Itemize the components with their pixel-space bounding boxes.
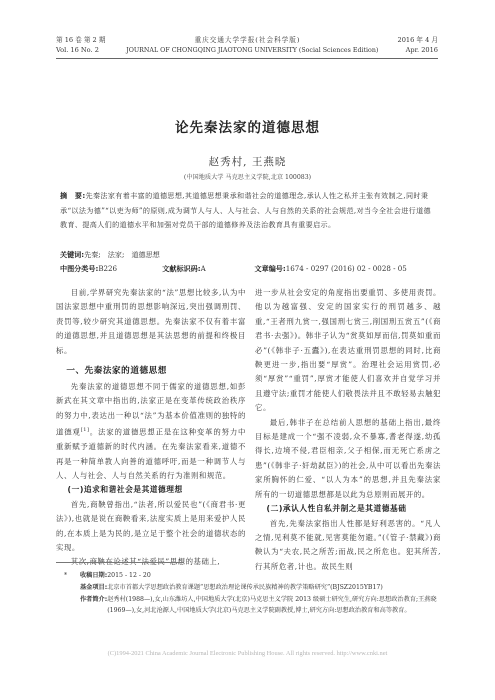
header-date-cn: 2016 年 4 月 — [398, 36, 438, 45]
footnotes: * 收稿日期:2015 - 12 - 20 基金项目:北京市首都大学思想政治教育… — [56, 570, 446, 617]
footnote-bio: 作者简介:赵秀村(1988—),女,山东潍坊人,中国地质大学(北京)马克思主义学… — [56, 594, 446, 618]
section-heading-1: 一、先秦法家的道德思想 — [56, 362, 246, 380]
intro-paragraph: 目前,学界研究先秦法家的“法”思想比较多,认为中国法家思想中重刑罚的思想影响深远… — [56, 286, 246, 358]
footnote-marker: * — [56, 570, 80, 582]
right-column: 进一步从社会安定的角度指出要重罚、多使用责罚。他以为越富强、安定的国家实行的刑罚… — [255, 286, 441, 574]
copyright-notice: (C)1994-2021 China Academic Journal Elec… — [0, 650, 495, 657]
header-date-en: Apr. 2016 — [406, 46, 438, 55]
article-no-label: 文章编号: — [255, 264, 286, 273]
received-value: 2015 - 12 - 20 — [107, 570, 151, 582]
abstract: 摘 要:先秦法家有着丰富的道德思想,其道德思想秉承和谐社会的道德理念,承认人性之… — [60, 189, 436, 233]
subsection2-paragraph: 首先,先秦法家指出人性都是好利恶害的。“凡人之情,见利莫不能就,见害莫能勿避。”… — [255, 517, 441, 575]
fund-label: 基金项目: — [80, 582, 107, 594]
abstract-label: 摘 要: — [60, 191, 86, 200]
clc-label: 中图分类号: — [60, 264, 98, 273]
keywords-text: 先秦; 法家; 道德思想 — [84, 250, 160, 259]
subsection1-paragraph-1: 首先,商鞅曾指出,“法者,所以爱民也”(《商君书·更法》),也就是说在商鞅看来,… — [56, 498, 246, 556]
continued-paragraph: 进一步从社会安定的角度指出要重罚、多使用责罚。他以为越富强、安定的国家实行的刑罚… — [255, 286, 441, 416]
section1-text-b: 。法家的道德思想正是在这种变革的努力中重新赋予道德新的时代内涵。在先秦法家看来,… — [56, 428, 246, 480]
keywords-label: 关键词: — [60, 250, 84, 259]
left-column: 目前,学界研究先秦法家的“法”思想比较多,认为中国法家思想中重刑罚的思想影响深远… — [56, 286, 246, 570]
section1-paragraph: 先秦法家的道德思想不同于儒家的道德思想,如彭新武在其文章中指出的,法家正是在变革… — [56, 380, 246, 483]
footnote-fund: 基金项目:北京市首都大学思想政治教育课题“思想政治理论课传承民族精神的教学策略研… — [56, 582, 446, 594]
article-no-value: 1674 - 0297 (2016) 02 - 0028 - 05 — [286, 264, 407, 273]
bio-value: 赵秀村(1988—),女,山东潍坊人,中国地质大学(北京)马克思主义学院 201… — [107, 594, 446, 618]
header-volume-en: Vol. 16 No. 2 — [56, 46, 99, 55]
doc-code-value: A — [201, 264, 206, 273]
subsection-heading-2: (二)承认人性自私并制之是其道德基础 — [255, 502, 441, 516]
keywords-line: 关键词:先秦; 法家; 道德思想 — [60, 250, 440, 260]
footnote-received: * 收稿日期:2015 - 12 - 20 — [56, 570, 446, 582]
footnote-rule — [56, 562, 184, 563]
fund-value: 北京市首都大学思想政治教育课题“思想政治理论课传承民族精神的教学策略研究”(BJ… — [107, 582, 383, 594]
subsection-heading-1: (一)追求和谐社会是其道德理想 — [56, 483, 246, 497]
article-authors: 赵秀村, 王燕晓 — [0, 154, 495, 169]
classification-line: 中图分类号:B226 文献标识码:A 文章编号:1674 - 0297 (201… — [60, 264, 440, 274]
final-paragraph: 最后,韩非子在总结前人思想的基础上指出,最终目标是建成一个“强不凌弱,众不暴寡,… — [255, 416, 441, 502]
clc-value: B226 — [98, 264, 117, 273]
received-label: 收稿日期: — [80, 570, 107, 582]
header-rule — [56, 58, 438, 59]
header-english-row: Vol. 16 No. 2 JOURNAL OF CHONGQING JIAOT… — [56, 46, 438, 55]
article-affiliation: (中国地质大学 马克思主义学院,北京 100083) — [0, 172, 495, 181]
header-journal-en: JOURNAL OF CHONGQING JIAOTONG UNIVERSITY… — [126, 46, 378, 55]
doc-code-label: 文献标识码: — [162, 264, 200, 273]
abstract-text: 先秦法家有着丰富的道德思想,其道德思想秉承和谐社会的道德理念,承认人性之私并主张… — [60, 191, 431, 229]
article-title: 论先秦法家的道德思想 — [0, 116, 495, 136]
bio-label: 作者简介: — [80, 594, 107, 618]
